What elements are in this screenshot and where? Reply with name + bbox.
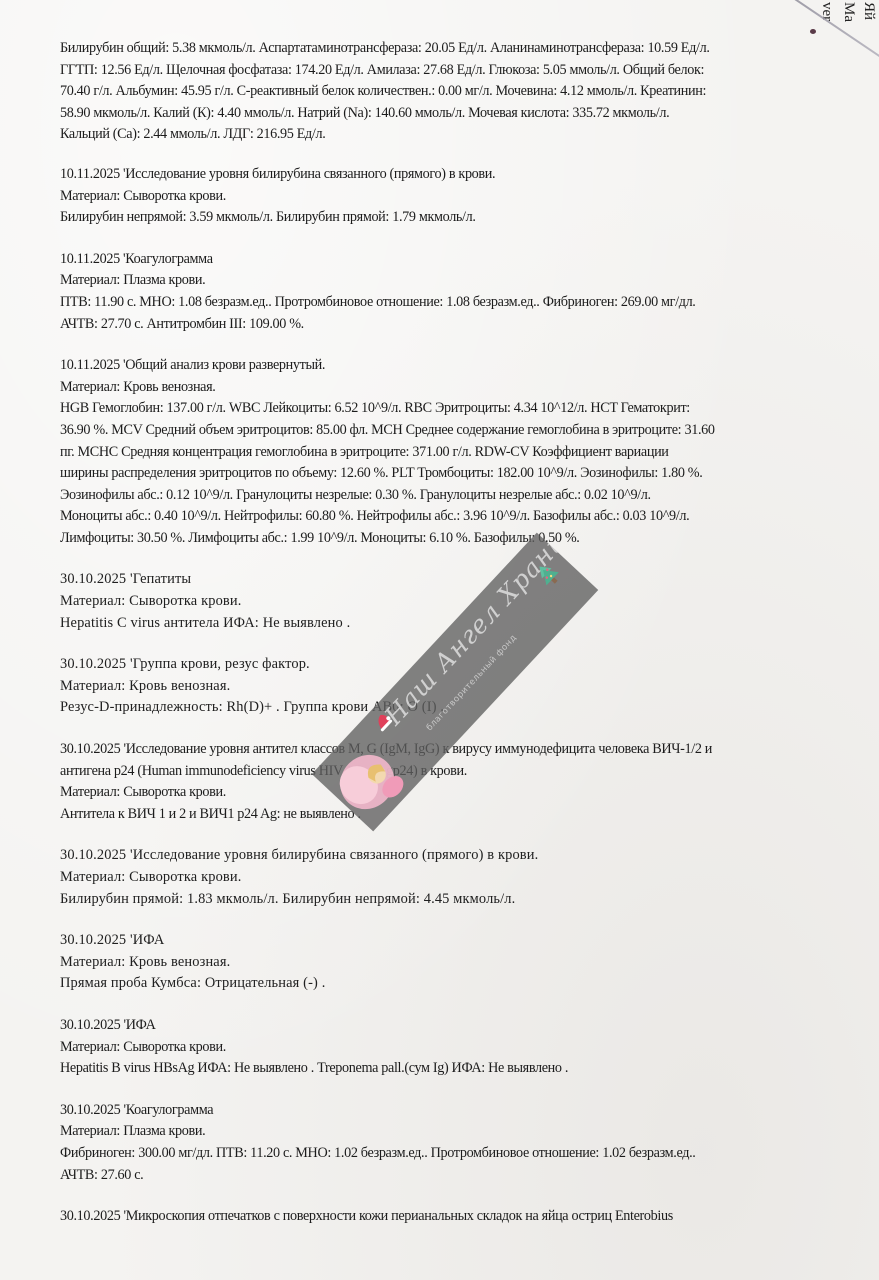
entry-header: 10.11.2025 'Коагулограмма	[60, 249, 860, 271]
entry-result: пг. MCHC Средняя концентрация гемоглобин…	[60, 442, 860, 464]
entry-result: Прямая проба Кумбса: Отрицательная (-) .	[60, 973, 860, 995]
lab-entry-coagulogram-30-10: 30.10.2025 'Коагулограмма Материал: Плаз…	[60, 1100, 860, 1186]
entry-header: 30.10.2025 'ИФА	[60, 1015, 860, 1037]
entry-material: Материал: Плазма крови.	[60, 1121, 860, 1143]
entry-result: АЧТВ: 27.70 с. Антитромбин III: 109.00 %…	[60, 314, 860, 336]
lab-entry-enterobius-30-10: 30.10.2025 'Микроскопия отпечатков с пов…	[60, 1206, 860, 1228]
entry-material: Материал: Кровь венозная.	[60, 377, 860, 399]
lab-entry-coombs-30-10: 30.10.2025 'ИФА Материал: Кровь венозная…	[60, 930, 860, 995]
entry-result: Антитела к ВИЧ 1 и 2 и ВИЧ1 p24 Ag: не в…	[60, 804, 860, 826]
entry-header: 30.10.2025 'Гепатиты	[60, 569, 860, 591]
entry-header: 30.10.2025 'ИФА	[60, 930, 860, 952]
entry-material: Материал: Сыворотка крови.	[60, 867, 860, 889]
ink-dot	[810, 29, 816, 34]
entry-result: ширины распределения эритроцитов по объе…	[60, 463, 860, 485]
entry-material: Материал: Плазма крови.	[60, 270, 860, 292]
entry-result: HGB Гемоглобин: 137.00 г/л. WBC Лейкоцит…	[60, 398, 860, 420]
result-line: 70.40 г/л. Альбумин: 45.95 г/л. С-реакти…	[60, 81, 860, 103]
lab-entry-cbc-10-11: 10.11.2025 'Общий анализ крови развернут…	[60, 355, 860, 549]
entry-result: ПТВ: 11.90 с. МНО: 1.08 безразм.ед.. Про…	[60, 292, 860, 314]
result-line: 58.90 мкмоль/л. Калий (К): 4.40 ммоль/л.…	[60, 103, 860, 125]
lab-entry-coagulogram-10-11: 10.11.2025 'Коагулограмма Материал: Плаз…	[60, 249, 860, 335]
entry-result: АЧТВ: 27.60 с.	[60, 1165, 860, 1187]
biochemistry-results-block: Билирубин общий: 5.38 мкмоль/л. Аспартат…	[60, 38, 860, 146]
entry-header: 30.10.2025 'Исследование уровня антител …	[60, 739, 860, 761]
lab-entry-hiv-30-10: 30.10.2025 'Исследование уровня антител …	[60, 739, 860, 825]
entry-material: Материал: Кровь венозная.	[60, 952, 860, 974]
result-line: ГГТП: 12.56 Ед/л. Щелочная фосфатаза: 17…	[60, 60, 860, 82]
entry-material: Материал: Сыворотка крови.	[60, 1037, 860, 1059]
entry-material: Материал: Сыворотка крови.	[60, 591, 860, 613]
entry-result: 36.90 %. MCV Средний объем эритроцитов: …	[60, 420, 860, 442]
entry-header: 30.10.2025 'Коагулограмма	[60, 1100, 860, 1122]
result-line: Кальций (Са): 2.44 ммоль/л. ЛДГ: 216.95 …	[60, 124, 860, 146]
entry-result: Фибриноген: 300.00 мг/дл. ПТВ: 11.20 с. …	[60, 1143, 860, 1165]
entry-header-continued: антигена p24 (Human immunodeficiency vir…	[60, 761, 860, 783]
lab-entry-elisa-serum-30-10: 30.10.2025 'ИФА Материал: Сыворотка кров…	[60, 1015, 860, 1080]
entry-material: Материал: Сыворотка крови.	[60, 782, 860, 804]
entry-header: 10.11.2025 'Общий анализ крови развернут…	[60, 355, 860, 377]
entry-result: Билирубин прямой: 1.83 мкмоль/л. Билируб…	[60, 889, 860, 911]
entry-result: Моноциты абс.: 0.40 10^9/л. Нейтрофилы: …	[60, 506, 860, 528]
entry-header: 10.11.2025 'Исследование уровня билируби…	[60, 164, 860, 186]
entry-header: 30.10.2025 'Исследование уровня билируби…	[60, 845, 860, 867]
lab-entry-bilirubin-direct-30-10: 30.10.2025 'Исследование уровня билируби…	[60, 845, 860, 910]
entry-result: Эозинофилы абс.: 0.12 10^9/л. Гранулоцит…	[60, 485, 860, 507]
entry-header: 30.10.2025 'Микроскопия отпечатков с пов…	[60, 1206, 860, 1228]
result-line: Билирубин общий: 5.38 мкмоль/л. Аспартат…	[60, 38, 860, 60]
entry-result: Билирубин непрямой: 3.59 мкмоль/л. Билир…	[60, 207, 860, 229]
entry-material: Материал: Сыворотка крови.	[60, 186, 860, 208]
corner-fragment-2: Ма	[840, 2, 857, 22]
entry-result: Hepatitis B virus HBsAg ИФА: Не выявлено…	[60, 1058, 860, 1080]
entry-result: Лимфоциты: 30.50 %. Лимфоциты абс.: 1.99…	[60, 528, 860, 550]
corner-fragment-3: Яй	[860, 2, 877, 20]
lab-entry-bilirubin-direct-10-11: 10.11.2025 'Исследование уровня билируби…	[60, 164, 860, 229]
